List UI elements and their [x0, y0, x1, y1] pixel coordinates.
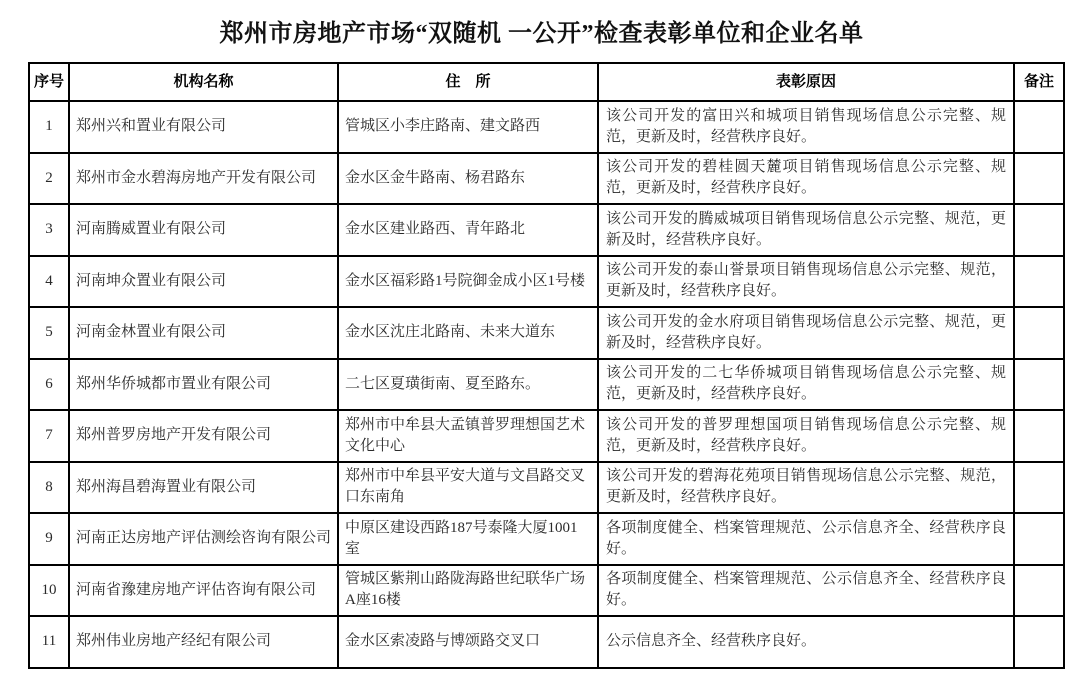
cell-serial-number: 5: [29, 307, 69, 359]
cell-address: 金水区沈庄北路南、未来大道东: [338, 307, 598, 359]
cell-remark: [1014, 101, 1064, 153]
table-row: 1 郑州兴和置业有限公司 管城区小李庄路南、建文路西 该公司开发的富田兴和城项目…: [29, 101, 1064, 153]
cell-address: 金水区金牛路南、杨君路东: [338, 153, 598, 205]
header-cell-reason: 表彰原因: [598, 63, 1014, 101]
cell-serial-number: 3: [29, 204, 69, 256]
cell-serial-number: 7: [29, 410, 69, 462]
cell-address: 金水区福彩路1号院御金成小区1号楼: [338, 256, 598, 308]
header-cell-remark: 备注: [1014, 63, 1064, 101]
cell-commendation-reason: 该公司开发的泰山誉景项目销售现场信息公示完整、规范，更新及时，经营秩序良好。: [598, 256, 1014, 308]
table-header-row: 序号 机构名称 住 所 表彰原因 备注: [29, 63, 1064, 101]
cell-institution-name: 河南省豫建房地产评估咨询有限公司: [69, 565, 338, 617]
cell-commendation-reason: 该公司开发的二七华侨城项目销售现场信息公示完整、规范，更新及时，经营秩序良好。: [598, 359, 1014, 411]
cell-institution-name: 河南腾威置业有限公司: [69, 204, 338, 256]
cell-commendation-reason: 公示信息齐全、经营秩序良好。: [598, 616, 1014, 668]
header-cell-no: 序号: [29, 63, 69, 101]
table-row: 2 郑州市金水碧海房地产开发有限公司 金水区金牛路南、杨君路东 该公司开发的碧桂…: [29, 153, 1064, 205]
cell-institution-name: 郑州海昌碧海置业有限公司: [69, 462, 338, 514]
cell-remark: [1014, 307, 1064, 359]
cell-serial-number: 10: [29, 565, 69, 617]
cell-remark: [1014, 565, 1064, 617]
cell-serial-number: 4: [29, 256, 69, 308]
cell-remark: [1014, 513, 1064, 565]
table-row: 8 郑州海昌碧海置业有限公司 郑州市中牟县平安大道与文昌路交叉口东南角 该公司开…: [29, 462, 1064, 514]
cell-remark: [1014, 462, 1064, 514]
cell-address: 金水区索凌路与博颂路交叉口: [338, 616, 598, 668]
cell-commendation-reason: 该公司开发的腾威城项目销售现场信息公示完整、规范，更新及时，经营秩序良好。: [598, 204, 1014, 256]
cell-serial-number: 11: [29, 616, 69, 668]
cell-remark: [1014, 410, 1064, 462]
table-body: 1 郑州兴和置业有限公司 管城区小李庄路南、建文路西 该公司开发的富田兴和城项目…: [29, 101, 1064, 668]
page-title: 郑州市房地产市场“双随机 一公开”检查表彰单位和企业名单: [0, 13, 1083, 48]
table-row: 3 河南腾威置业有限公司 金水区建业路西、青年路北 该公司开发的腾威城项目销售现…: [29, 204, 1064, 256]
cell-remark: [1014, 616, 1064, 668]
cell-address: 管城区小李庄路南、建文路西: [338, 101, 598, 153]
cell-institution-name: 郑州普罗房地产开发有限公司: [69, 410, 338, 462]
header-cell-address: 住 所: [338, 63, 598, 101]
cell-serial-number: 6: [29, 359, 69, 411]
cell-address: 中原区建设西路187号泰隆大厦1001室: [338, 513, 598, 565]
cell-serial-number: 8: [29, 462, 69, 514]
table-row: 7 郑州普罗房地产开发有限公司 郑州市中牟县大孟镇普罗理想国艺术文化中心 该公司…: [29, 410, 1064, 462]
cell-commendation-reason: 各项制度健全、档案管理规范、公示信息齐全、经营秩序良好。: [598, 565, 1014, 617]
cell-serial-number: 9: [29, 513, 69, 565]
cell-commendation-reason: 该公司开发的碧桂圆天麓项目销售现场信息公示完整、规范，更新及时，经营秩序良好。: [598, 153, 1014, 205]
cell-remark: [1014, 256, 1064, 308]
cell-serial-number: 2: [29, 153, 69, 205]
cell-address: 二七区夏璜街南、夏至路东。: [338, 359, 598, 411]
cell-commendation-reason: 该公司开发的碧海花苑项目销售现场信息公示完整、规范，更新及时，经营秩序良好。: [598, 462, 1014, 514]
header-cell-name: 机构名称: [69, 63, 338, 101]
cell-commendation-reason: 各项制度健全、档案管理规范、公示信息齐全、经营秩序良好。: [598, 513, 1014, 565]
cell-institution-name: 郑州华侨城都市置业有限公司: [69, 359, 338, 411]
cell-remark: [1014, 153, 1064, 205]
cell-institution-name: 河南正达房地产评估测绘咨询有限公司: [69, 513, 338, 565]
table-row: 10 河南省豫建房地产评估咨询有限公司 管城区紫荆山路陇海路世纪联华广场A座16…: [29, 565, 1064, 617]
table-row: 5 河南金林置业有限公司 金水区沈庄北路南、未来大道东 该公司开发的金水府项目销…: [29, 307, 1064, 359]
table-row: 4 河南坤众置业有限公司 金水区福彩路1号院御金成小区1号楼 该公司开发的泰山誉…: [29, 256, 1064, 308]
cell-serial-number: 1: [29, 101, 69, 153]
cell-institution-name: 郑州伟业房地产经纪有限公司: [69, 616, 338, 668]
cell-institution-name: 河南金林置业有限公司: [69, 307, 338, 359]
cell-address: 管城区紫荆山路陇海路世纪联华广场A座16楼: [338, 565, 598, 617]
cell-address: 郑州市中牟县大孟镇普罗理想国艺术文化中心: [338, 410, 598, 462]
table-row: 11 郑州伟业房地产经纪有限公司 金水区索凌路与博颂路交叉口 公示信息齐全、经营…: [29, 616, 1064, 668]
cell-institution-name: 郑州兴和置业有限公司: [69, 101, 338, 153]
commendation-table: 序号 机构名称 住 所 表彰原因 备注 1 郑州兴和置业有限公司 管城区小李庄路…: [28, 62, 1065, 669]
cell-remark: [1014, 204, 1064, 256]
table-row: 6 郑州华侨城都市置业有限公司 二七区夏璜街南、夏至路东。 该公司开发的二七华侨…: [29, 359, 1064, 411]
cell-address: 金水区建业路西、青年路北: [338, 204, 598, 256]
table-row: 9 河南正达房地产评估测绘咨询有限公司 中原区建设西路187号泰隆大厦1001室…: [29, 513, 1064, 565]
cell-institution-name: 郑州市金水碧海房地产开发有限公司: [69, 153, 338, 205]
cell-address: 郑州市中牟县平安大道与文昌路交叉口东南角: [338, 462, 598, 514]
cell-commendation-reason: 该公司开发的金水府项目销售现场信息公示完整、规范，更新及时，经营秩序良好。: [598, 307, 1014, 359]
cell-institution-name: 河南坤众置业有限公司: [69, 256, 338, 308]
document-page: 郑州市房地产市场“双随机 一公开”检查表彰单位和企业名单 序号 机构名称 住 所…: [0, 0, 1083, 673]
cell-commendation-reason: 该公司开发的富田兴和城项目销售现场信息公示完整、规范，更新及时，经营秩序良好。: [598, 101, 1014, 153]
cell-commendation-reason: 该公司开发的普罗理想国项目销售现场信息公示完整、规范，更新及时，经营秩序良好。: [598, 410, 1014, 462]
cell-remark: [1014, 359, 1064, 411]
